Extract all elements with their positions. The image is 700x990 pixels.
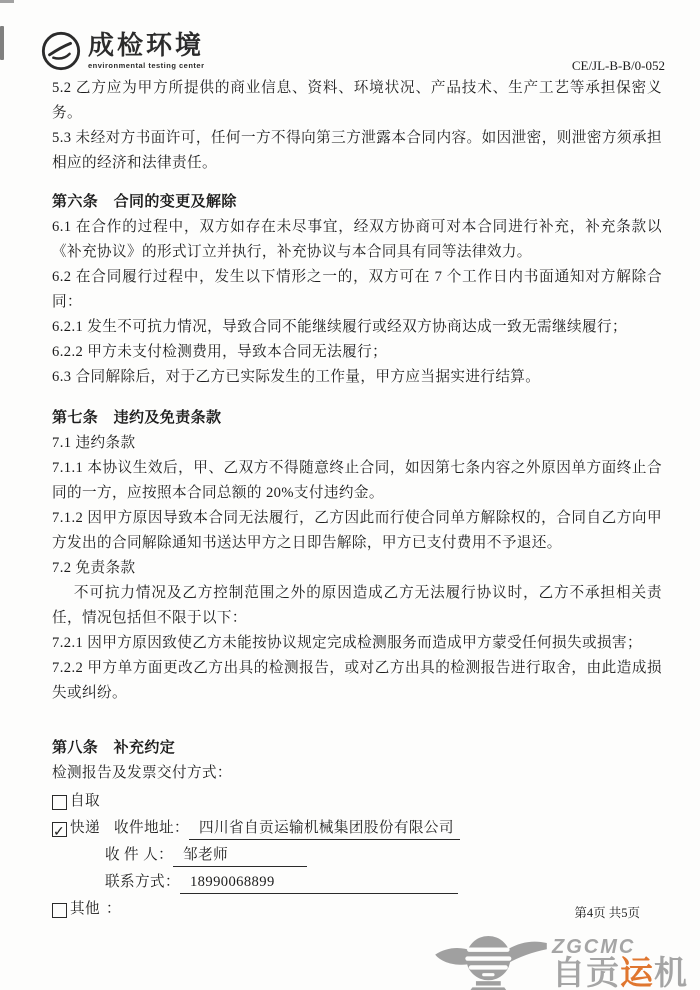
checkbox-other[interactable] [52,903,67,918]
watermark-text-cn: 自贡运机 [552,956,688,990]
express-address-label: 收件地址： [114,815,189,842]
clause-5-3: 5.3 未经对方书面许可，任何一方不得向第三方泄露本合同内容。如因泄密，则泄密方… [52,126,662,176]
checkbox-express[interactable] [52,822,67,837]
express-recipient-value: 邹老师 [173,844,307,867]
express-recipient-label: 收 件 人： [105,842,173,869]
delivery-options: 自取 快递 收件地址： 四川省自贡运输机械集团股份有限公司 收 件 人： 邹老师… [52,788,662,923]
checkbox-self-pickup[interactable] [52,795,67,810]
logo-text-en: environmental testing center [88,61,205,70]
clause-7-1-2: 7.1.2 因甲方原因导致本合同无法履行，乙方因此而行使合同单方解除权的，合同自… [52,506,662,556]
option-express: 快递 收件地址： 四川省自贡运输机械集团股份有限公司 [52,815,662,842]
document-code: CE/JL-B-B/0-052 [572,58,665,74]
clause-5-2: 5.2 乙方应为甲方所提供的商业信息、资料、环境状况、产品技术、生产工艺等承担保… [52,76,662,126]
clause-7-2-intro: 不可抗力情况及乙方控制范围之外的原因造成乙方无法履行协议时，乙方不承担相关责任，… [52,581,662,631]
clause-6-3: 6.3 合同解除后，对于乙方已实际发生的工作量，甲方应当据实进行结算。 [52,365,662,390]
option-other: 其他 ： [52,896,662,923]
clause-7-1: 7.1 违约条款 [52,431,662,456]
section-8-heading: 第八条 补充约定 [52,736,662,761]
watermark-emblem-icon [432,928,550,990]
express-phone-value: 18990068899 [180,871,458,894]
express-address-value: 四川省自贡运输机械集团股份有限公司 [189,817,460,840]
clause-6-2-2: 6.2.2 甲方未支付检测费用，导致本合同无法履行； [52,340,662,365]
clause-6-2-1: 6.2.1 发生不可抗力情况，导致合同不能继续履行或经双方协商达成一致无需继续履… [52,315,662,340]
watermark-logo: ZGCMC 自贡运机 [432,926,700,990]
delivery-method-intro: 检测报告及发票交付方式： [52,761,662,786]
logo-e-icon [40,30,82,72]
option-label: 快递 [70,815,100,842]
section-6-heading: 第六条 合同的变更及解除 [52,190,662,215]
contract-page: 成检环境 environmental testing center CE/JL-… [0,0,700,990]
logo-text-cn: 成检环境 [88,30,205,60]
option-other-colon: ： [106,896,121,923]
clause-7-2: 7.2 免责条款 [52,556,662,581]
scan-artifact [0,0,14,3]
section-7-heading: 第七条 违约及免责条款 [52,406,662,431]
option-label: 自取 [70,788,100,815]
option-self-pickup: 自取 [52,788,662,815]
clause-7-2-2: 7.2.2 甲方单方面更改乙方出具的检测报告，或对乙方出具的检测报告进行取舍，由… [52,656,662,706]
clause-6-1: 6.1 在合作的过程中，双方如存在未尽事宜，经双方协商可对本合同进行补充，补充条… [52,215,662,265]
contract-body: 5.2 乙方应为甲方所提供的商业信息、资料、环境状况、产品技术、生产工艺等承担保… [52,76,662,923]
express-phone-row: 联系方式： 18990068899 [105,869,662,896]
express-recipient-row: 收 件 人： 邹老师 [105,842,662,869]
scan-artifact [0,26,4,60]
clause-6-2: 6.2 在合同履行过程中，发生以下情形之一的，双方可在 7 个工作日内书面通知对… [52,265,662,315]
express-phone-label: 联系方式： [105,869,180,896]
option-label: 其他 [70,896,100,923]
clause-7-2-1: 7.2.1 因甲方原因致使乙方未能按协议规定完成检测服务而造成甲方蒙受任何损失或… [52,631,662,656]
page-number: 第4页 共5页 [574,903,640,921]
clause-7-1-1: 7.1.1 本协议生效后，甲、乙双方不得随意终止合同，如因第七条内容之外原因单方… [52,456,662,506]
page-header: 成检环境 environmental testing center CE/JL-… [40,30,665,80]
